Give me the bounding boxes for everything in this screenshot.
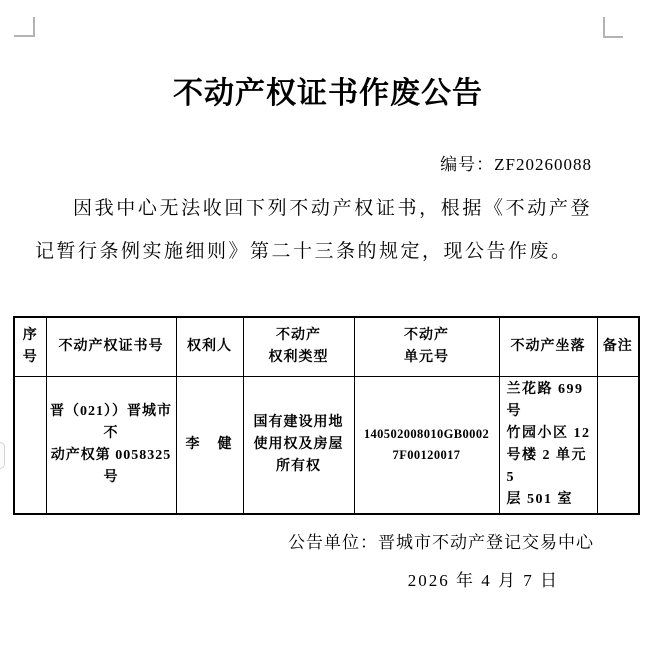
footer-issuer: 公告单位：晋城市不动产登记交易中心	[288, 528, 594, 553]
crop-mark-top-right-icon	[603, 17, 623, 38]
col-header-cert-no: 不动产权证书号	[46, 317, 176, 376]
cell-location: 兰花路 699 号 竹园小区 12 号楼 2 单元 5 层 501 室	[499, 376, 597, 514]
col-header-right-type: 不动产 权利类型	[243, 317, 354, 376]
doc-number: 编号：ZF20260088	[440, 150, 592, 175]
cell-holder: 李 健	[176, 376, 243, 514]
col-header-location: 不动产坐落	[499, 317, 597, 376]
cell-right-type: 国有建设用地 使用权及房屋 所有权	[243, 376, 354, 514]
cell-remark	[597, 376, 639, 514]
crop-mark-top-left-icon	[14, 17, 35, 37]
cell-seq	[14, 376, 46, 514]
col-header-seq: 序 号	[14, 317, 46, 376]
footer-date: 2026 年 4 月 7 日	[408, 566, 559, 591]
cell-unit-no: 140502008010GB0002 7F00120017	[354, 376, 499, 514]
cell-cert-no: 晋（021））晋城市不 动产权第 0058325 号	[46, 376, 176, 514]
body-paragraph: 因我中心无法收回下列不动产权证书，根据《不动产登记暂行条例实施细则》第二十三条的…	[35, 187, 592, 273]
page-edge-artifact	[0, 442, 5, 469]
page-title: 不动产权证书作废公告	[0, 68, 656, 112]
col-header-holder: 权利人	[176, 317, 243, 376]
table-header-row: 序 号 不动产权证书号 权利人 不动产 权利类型 不动产 单元号 不动产坐落 备…	[14, 317, 639, 376]
col-header-remark: 备注	[597, 317, 639, 376]
col-header-unit-no: 不动产 单元号	[354, 317, 499, 376]
announcement-page: 不动产权证书作废公告 编号：ZF20260088 因我中心无法收回下列不动产权证…	[0, 0, 656, 657]
certificates-table: 序 号 不动产权证书号 权利人 不动产 权利类型 不动产 单元号 不动产坐落 备…	[13, 316, 640, 515]
table-row: 晋（021））晋城市不 动产权第 0058325 号 李 健 国有建设用地 使用…	[14, 376, 639, 514]
